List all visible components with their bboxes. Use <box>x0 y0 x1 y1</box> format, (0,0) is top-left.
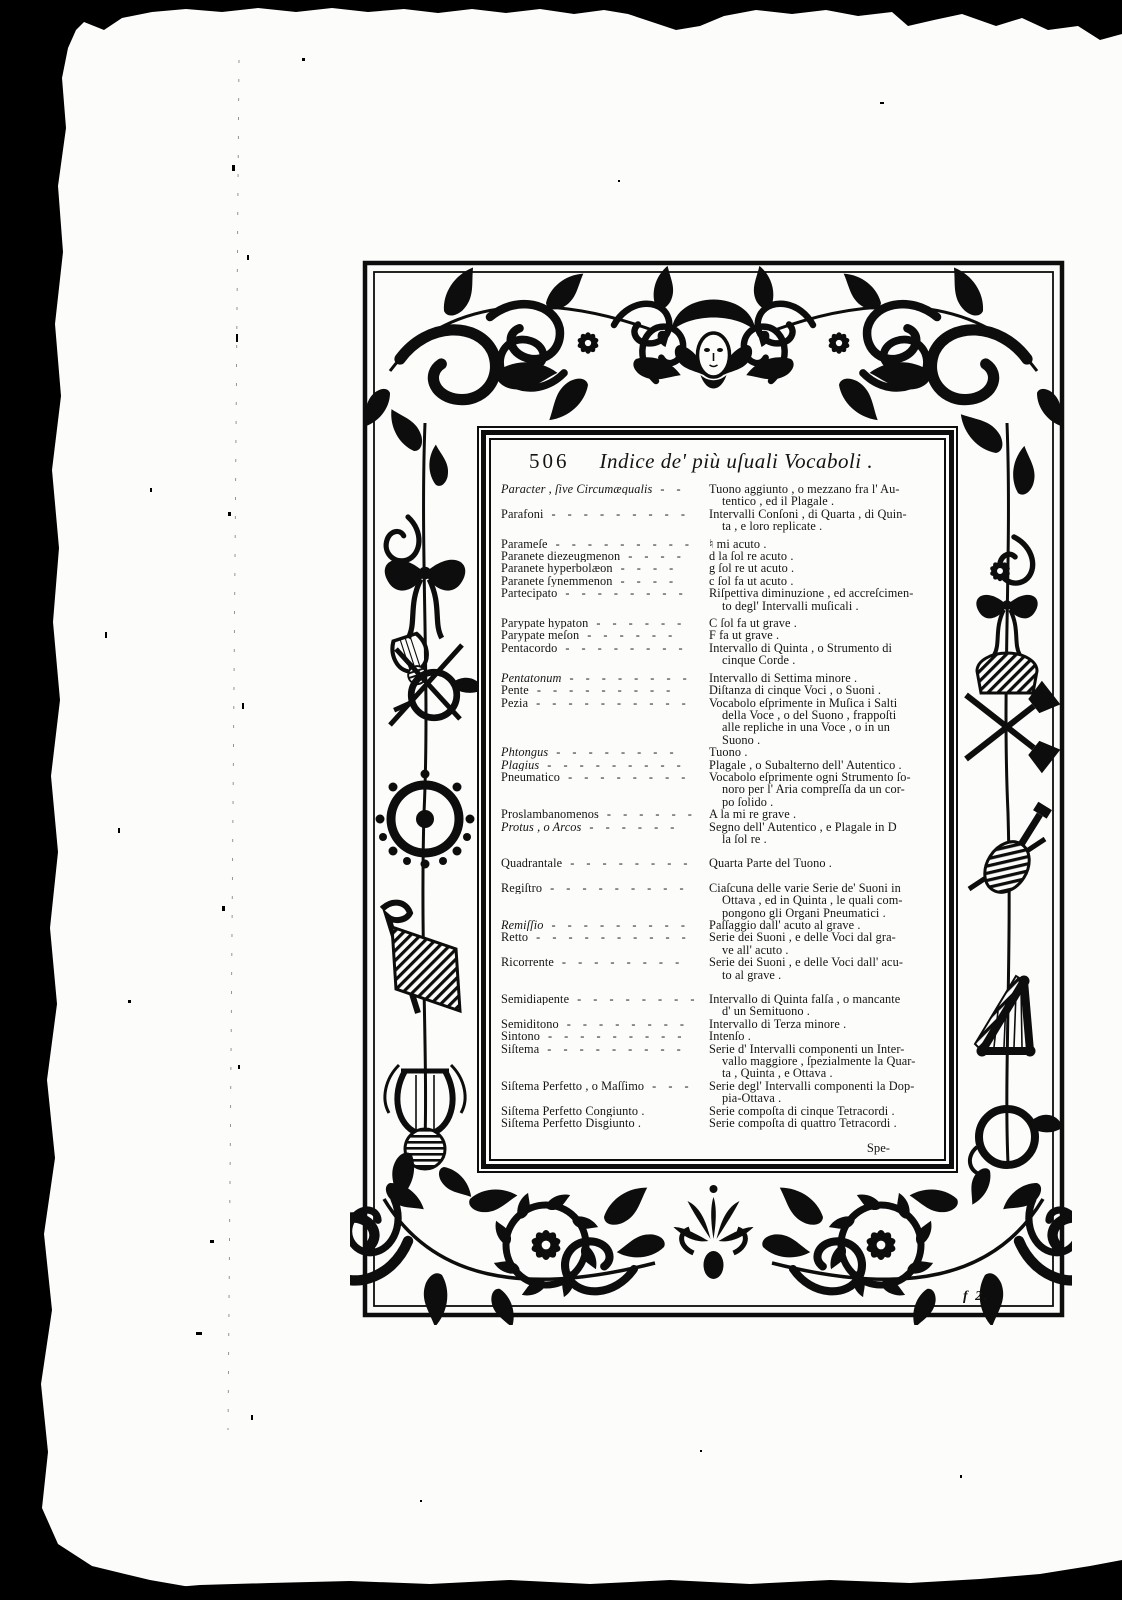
definition-line: Quarta Parte del Tuono . <box>709 857 936 869</box>
definition: Intervalli Conſoni , di Quarta , di Quin… <box>709 508 936 533</box>
term-cell: Paranete diezeugmenon - - - - <box>501 550 703 562</box>
dash-leader: - - - - - - - - <box>569 672 703 684</box>
page-header: 506 Indice de' più uſuali Vocaboli . <box>501 449 936 474</box>
definition: Serie degl' Intervalli componenti la Dop… <box>709 1080 936 1105</box>
term-cell: Proslambanomenos - - - - - - <box>501 808 703 820</box>
term: Protus , o Arcos <box>501 821 581 833</box>
term-cell: Parypate hypaton - - - - - - <box>501 617 703 629</box>
term: Paracter , ſive Circumæqualis <box>501 483 652 495</box>
definition: Tuono . <box>709 746 936 758</box>
glossary-entry: Protus , o Arcos - - - - - - Segno dell'… <box>501 821 936 846</box>
definition-line: Tuono . <box>709 746 936 758</box>
dash-leader: - - - - - - <box>589 821 703 833</box>
definition-line: ta , e loro replicate . <box>709 520 936 532</box>
glossary-group: Parypate hypaton - - - - - - C ſol fa ut… <box>501 617 936 667</box>
term: Parameſe <box>501 538 548 550</box>
harp-icon <box>975 976 1036 1057</box>
glossary-entry: Siſtema Perfetto Disgiunto . Serie compo… <box>501 1117 936 1129</box>
dash-leader: - - - - - - <box>587 629 703 641</box>
definition-line: Serie dei Suoni , e delle Voci dal gra- <box>709 931 936 943</box>
dash-leader: - - - - - - <box>596 617 703 629</box>
term-cell: Siſtema Perfetto , o Maſſimo - - - <box>501 1080 703 1092</box>
term: Pente <box>501 684 529 696</box>
definition-line: noro per l' Aria compreſſa da un cor- <box>709 783 936 795</box>
dash-leader: - - <box>660 483 703 495</box>
definition: Serie dei Suoni , e delle Voci dall' acu… <box>709 956 936 981</box>
text-panel-rule: 506 Indice de' più uſuali Vocaboli . Par… <box>481 430 954 1169</box>
term: Sintono <box>501 1030 540 1042</box>
term-cell: Siſtema Perfetto Congiunto . <box>501 1105 703 1117</box>
lyre-icon <box>385 1065 465 1169</box>
glossary-entry: Parypate meſon - - - - - - F fa ut grave… <box>501 629 936 641</box>
definition-line: g ſol re ut acuto . <box>709 562 936 574</box>
dash-leader: - - - - - - - - <box>577 993 703 1005</box>
glossary-entry: Phtongus - - - - - - - - Tuono . <box>501 746 936 758</box>
text-panel-inner: 506 Indice de' più uſuali Vocaboli . Par… <box>489 438 946 1161</box>
term: Paranete diezeugmenon <box>501 550 620 562</box>
term-cell: Pente - - - - - - - - - <box>501 684 703 696</box>
definition: g ſol re ut acuto . <box>709 562 936 574</box>
definition-line: Serie dei Suoni , e delle Voci dall' acu… <box>709 956 936 968</box>
definition: F fa ut grave . <box>709 629 936 641</box>
glossary-entry: Proslambanomenos - - - - - - A la mi re … <box>501 808 936 820</box>
definition-line: Ottava , ed in Quinta , le quali com- <box>709 894 936 906</box>
crossed-trumpets-icon <box>957 653 1061 773</box>
definition-line: to degl' Intervalli muſicali . <box>709 600 936 612</box>
glossary-group: Phtongus - - - - - - - - Tuono . Plagius… <box>501 746 936 808</box>
glossary-entry: Pentacordo - - - - - - - - Intervallo di… <box>501 642 936 667</box>
term: Paranete ſynemmenon <box>501 575 613 587</box>
glossary-group: Regiſtro - - - - - - - - - Ciaſcuna dell… <box>501 882 936 981</box>
term: Proslambanomenos <box>501 808 599 820</box>
dash-leader: - - - - - - - - <box>567 1018 703 1030</box>
term-cell: Semiditono - - - - - - - - <box>501 1018 703 1030</box>
term: Plagius <box>501 759 539 771</box>
signature-mark: f 2. <box>963 1289 990 1305</box>
definition: Intervallo di Quinta , o Strumento dicin… <box>709 642 936 667</box>
term: Semiditono <box>501 1018 559 1030</box>
term: Remiſſio <box>501 919 543 931</box>
definition-line: Serie compoſta di quattro Tetracordi . <box>709 1117 936 1129</box>
term-cell: Quadrantale - - - - - - - - <box>501 857 703 869</box>
glossary-entry: Paracter , ſive Circumæqualis - - Tuono … <box>501 483 936 508</box>
definition-line: la ſol re . <box>709 833 936 845</box>
term: Parypate meſon <box>501 629 579 641</box>
dash-leader: - - - - <box>628 550 703 562</box>
definition: Riſpettiva diminuzione , ed accreſcimen-… <box>709 587 936 612</box>
term-cell: Parameſe - - - - - - - - - <box>501 538 703 550</box>
glossary: Paracter , ſive Circumæqualis - - Tuono … <box>501 483 936 1130</box>
definition: A la mi re grave . <box>709 808 936 820</box>
term: Pentatonum <box>501 672 561 684</box>
page-number: 506 <box>529 449 570 474</box>
dash-leader: - - - - - - - - - <box>548 1030 703 1042</box>
definition: Serie d' Intervalli componenti un Inter-… <box>709 1043 936 1080</box>
term: Siſtema Perfetto Disgiunto . <box>501 1117 641 1129</box>
dash-leader: - - - - - - - - - <box>556 538 703 550</box>
definition-line: cinque Corde . <box>709 654 936 666</box>
mandolin-icon <box>969 795 1062 900</box>
term-cell: Siſtema - - - - - - - - - <box>501 1043 703 1055</box>
definition: Serie compoſta di quattro Tetracordi . <box>709 1117 936 1129</box>
term-cell: Remiſſio - - - - - - - - - <box>501 919 703 931</box>
glossary-group: Parameſe - - - - - - - - - ♮ mi acuto . … <box>501 538 936 612</box>
definition: Quarta Parte del Tuono . <box>709 857 936 869</box>
definition-line: F fa ut grave . <box>709 629 936 641</box>
glossary-entry: Pezia - - - - - - - - - - Vocabolo eſpri… <box>501 697 936 747</box>
definition-line: ta , Quinta , e Ottava . <box>709 1067 936 1079</box>
dash-leader: - - - - - - - - <box>570 857 703 869</box>
dash-leader: - - - - - - - - - - <box>536 697 703 709</box>
scan-edge-bottom <box>0 1560 1122 1600</box>
left-border-trophy <box>376 406 484 1205</box>
term-cell: Parafoni - - - - - - - - - <box>501 508 703 520</box>
dash-leader: - - - - - - - - <box>562 956 703 968</box>
definition: Segno dell' Autentico , e Plagale in Dla… <box>709 821 936 846</box>
catchword: Spe- <box>501 1141 936 1156</box>
paper-crease <box>228 60 239 1430</box>
dash-leader: - - - - - - - - <box>565 587 703 599</box>
glossary-entry: Sintono - - - - - - - - - Intenſo . <box>501 1030 936 1042</box>
french-horn-icon <box>394 672 483 718</box>
dash-leader <box>649 1117 703 1129</box>
term-cell: Retto - - - - - - - - - - <box>501 931 703 943</box>
dash-leader: - - - - - - - - - <box>547 759 703 771</box>
definition: Intervallo di Quinta falſa , o mancanted… <box>709 993 936 1018</box>
glossary-entry: Retto - - - - - - - - - - Serie dei Suon… <box>501 931 936 956</box>
glossary-group: Semidiapente - - - - - - - - Intervallo … <box>501 993 936 1129</box>
term: Siſtema <box>501 1043 539 1055</box>
glossary-group: Proslambanomenos - - - - - - A la mi re … <box>501 808 936 845</box>
glossary-entry: Semidiapente - - - - - - - - Intervallo … <box>501 993 936 1018</box>
term: Paranete hyperbolæon <box>501 562 613 574</box>
lyre-icon <box>389 632 436 689</box>
term-cell: Semidiapente - - - - - - - - <box>501 993 703 1005</box>
term-cell: Plagius - - - - - - - - - <box>501 759 703 771</box>
term-cell: Paranete hyperbolæon - - - - <box>501 562 703 574</box>
term-cell: Siſtema Perfetto Disgiunto . <box>501 1117 703 1129</box>
glossary-entry: Partecipato - - - - - - - - Riſpettiva d… <box>501 587 936 612</box>
term: Parypate hypaton <box>501 617 588 629</box>
definition: Serie dei Suoni , e delle Voci dal gra-v… <box>709 931 936 956</box>
term: Parafoni <box>501 508 543 520</box>
definition: Ciaſcuna delle varie Serie de' Suoni inO… <box>709 882 936 919</box>
glossary-group: Quadrantale - - - - - - - - Quarta Parte… <box>501 857 936 869</box>
hunting-horn-icon <box>970 1109 1063 1175</box>
dash-leader: - - - - - - <box>607 808 703 820</box>
glossary-entry: Ricorrente - - - - - - - - Serie dei Suo… <box>501 956 936 981</box>
glossary-group: Pentatonum - - - - - - - - Intervallo di… <box>501 672 936 746</box>
definition-line: to al grave . <box>709 969 936 981</box>
scan-edge-left <box>0 0 196 1600</box>
ribbon-bow-icon <box>976 595 1037 655</box>
dash-leader <box>653 1105 703 1117</box>
dash-leader: - - - - - - - - - - <box>536 931 703 943</box>
definition: Tuono aggiunto , o mezzano fra l' Au-ten… <box>709 483 936 508</box>
term-cell: Parypate meſon - - - - - - <box>501 629 703 641</box>
term-cell: Regiſtro - - - - - - - - - <box>501 882 703 894</box>
glossary-group: Paracter , ſive Circumæqualis - - Tuono … <box>501 483 936 533</box>
term: Retto <box>501 931 528 943</box>
term: Siſtema Perfetto Congiunto . <box>501 1105 645 1117</box>
scanned-book-page: 506 Indice de' più uſuali Vocaboli . Par… <box>0 0 1122 1600</box>
definition: Vocabolo eſprimente ogni Strumento ſo-no… <box>709 771 936 808</box>
dash-leader: - - - - - - - - - <box>551 919 703 931</box>
definition: Vocabolo eſprimente in Muſica i Saltidel… <box>709 697 936 747</box>
dash-leader: - - - - - - - - <box>568 771 703 783</box>
definition-line: Diſtanza di cinque Voci , o Suoni . <box>709 684 936 696</box>
term: Pneumatico <box>501 771 560 783</box>
dash-leader: - - - <box>652 1080 703 1092</box>
term-cell: Ricorrente - - - - - - - - <box>501 956 703 968</box>
term: Pezia <box>501 697 528 709</box>
term-cell: Partecipato - - - - - - - - <box>501 587 703 599</box>
definition-line: pia-Ottava . <box>709 1092 936 1104</box>
glossary-entry: Pneumatico - - - - - - - - Vocabolo eſpr… <box>501 771 936 808</box>
dash-leader: - - - - - - - - <box>565 642 703 654</box>
dash-leader: - - - - - - - - - <box>547 1043 703 1055</box>
term-cell: Sintono - - - - - - - - - <box>501 1030 703 1042</box>
definition: Diſtanza di cinque Voci , o Suoni . <box>709 684 936 696</box>
term-cell: Phtongus - - - - - - - - <box>501 746 703 758</box>
term-cell: Pentacordo - - - - - - - - <box>501 642 703 654</box>
dash-leader: - - - - - - - - - <box>550 882 703 894</box>
term: Quadrantale <box>501 857 562 869</box>
definition-line: alle repliche in una Voce , o in un <box>709 721 936 733</box>
term: Partecipato <box>501 587 557 599</box>
term: Semidiapente <box>501 993 569 1005</box>
term: Ricorrente <box>501 956 554 968</box>
dash-leader: - - - - - - - - - <box>551 508 703 520</box>
panpipes-icon <box>382 903 460 1013</box>
term: Pentacordo <box>501 642 557 654</box>
right-border-trophy <box>957 404 1063 1205</box>
ribbon-bow-icon <box>385 560 466 638</box>
term-cell: Pezia - - - - - - - - - - <box>501 697 703 709</box>
definition: Intenſo . <box>709 1030 936 1042</box>
palmette-icon <box>674 1185 754 1279</box>
term-cell: Paracter , ſive Circumæqualis - - <box>501 483 703 495</box>
definition-line: A la mi re grave . <box>709 808 936 820</box>
dash-leader: - - - - <box>621 562 703 574</box>
dash-leader: - - - - <box>621 575 703 587</box>
text-panel: 506 Indice de' più uſuali Vocaboli . Par… <box>477 426 958 1173</box>
term-cell: Pneumatico - - - - - - - - <box>501 771 703 783</box>
scan-edge-top <box>0 0 1122 40</box>
glossary-entry: Siſtema Perfetto , o Maſſimo - - - Serie… <box>501 1080 936 1105</box>
grotesque-mask-icon <box>658 300 770 389</box>
definition-line: tentico , ed il Plagale . <box>709 495 936 507</box>
dash-leader: - - - - - - - - <box>556 746 703 758</box>
glossary-entry: Pente - - - - - - - - - Diſtanza di cinq… <box>501 684 936 696</box>
term: Siſtema Perfetto , o Maſſimo <box>501 1080 644 1092</box>
glossary-entry: Quadrantale - - - - - - - - Quarta Parte… <box>501 857 936 869</box>
definition-line: d' un Semituono . <box>709 1005 936 1017</box>
term: Phtongus <box>501 746 548 758</box>
definition-line: Intenſo . <box>709 1030 936 1042</box>
term-cell: Pentatonum - - - - - - - - <box>501 672 703 684</box>
tambourine-icon <box>376 770 475 869</box>
glossary-entry: Regiſtro - - - - - - - - - Ciaſcuna dell… <box>501 882 936 919</box>
glossary-entry: Parafoni - - - - - - - - - Intervalli Co… <box>501 508 936 533</box>
term-cell: Protus , o Arcos - - - - - - <box>501 821 703 833</box>
definition-line: Riſpettiva diminuzione , ed accreſcimen- <box>709 587 936 599</box>
top-border-ornament <box>352 265 1072 427</box>
page-title: Indice de' più uſuali Vocaboli . <box>600 449 874 474</box>
dash-leader: - - - - - - - - - <box>537 684 703 696</box>
glossary-entry: Paranete hyperbolæon - - - - g ſol re ut… <box>501 562 936 574</box>
term: Regiſtro <box>501 882 542 894</box>
term-cell: Paranete ſynemmenon - - - - <box>501 575 703 587</box>
glossary-entry: Siſtema - - - - - - - - - Serie d' Inter… <box>501 1043 936 1080</box>
